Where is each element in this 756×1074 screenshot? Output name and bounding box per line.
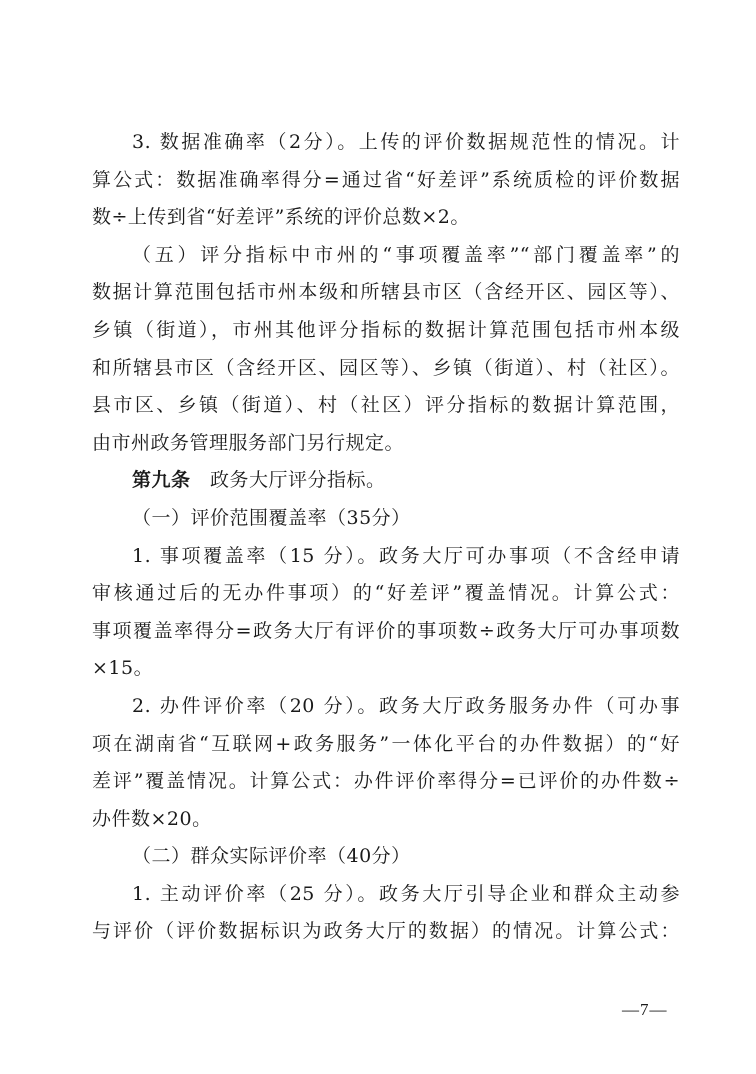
paragraph-line: 乡镇（街道），市州其他评分指标的数据计算范围包括市州本级 — [92, 312, 680, 350]
paragraph-line: 项在湖南省“互联网+政务服务”一体化平台的办件数据）的“好 — [92, 726, 680, 764]
document-body: 3. 数据准确率（2分）。上传的评价数据规范性的情况。计 算公式：数据准确率得分… — [92, 124, 680, 951]
paragraph-line: 3. 数据准确率（2分）。上传的评价数据规范性的情况。计 — [92, 124, 680, 162]
paragraph-line: 与评价（评价数据标识为政务大厅的数据）的情况。计算公式： — [92, 913, 680, 951]
paragraph-line: 2. 办件评价率（20 分）。政务大厅政务服务办件（可办事 — [92, 688, 680, 726]
paragraph-line: 办件数×20。 — [92, 801, 680, 839]
paragraph-line: 由市州政务管理服务部门另行规定。 — [92, 425, 680, 463]
paragraph-line: 县市区、乡镇（街道）、村（社区）评分指标的数据计算范围， — [92, 387, 680, 425]
paragraph-line: ×15。 — [92, 650, 680, 688]
page-number: —7— — [622, 1000, 668, 1020]
paragraph-line: 算公式：数据准确率得分=通过省“好差评”系统质检的评价数据 — [92, 162, 680, 200]
article-number: 第九条 — [132, 469, 191, 491]
article-title: 政务大厅评分指标。 — [191, 469, 386, 491]
paragraph-line: 1. 事项覆盖率（15 分）。政务大厅可办事项（不含经申请 — [92, 538, 680, 576]
section-heading: （一）评价范围覆盖率（35分） — [92, 500, 680, 538]
paragraph-line: 和所辖县市区（含经开区、园区等）、乡镇（街道）、村（社区）。 — [92, 350, 680, 388]
paragraph-line: （五）评分指标中市州的“事项覆盖率”“部门覆盖率”的 — [92, 237, 680, 275]
paragraph-line: 数÷上传到省“好差评”系统的评价总数×2。 — [92, 199, 680, 237]
paragraph-line: 审核通过后的无办件事项）的“好差评”覆盖情况。计算公式： — [92, 575, 680, 613]
paragraph-line: 数据计算范围包括市州本级和所辖县市区（含经开区、园区等）、 — [92, 274, 680, 312]
paragraph-line: 1. 主动评价率（25 分）。政务大厅引导企业和群众主动参 — [92, 876, 680, 914]
paragraph-line: 事项覆盖率得分=政务大厅有评价的事项数÷政务大厅可办事项数 — [92, 613, 680, 651]
paragraph-line: 差评”覆盖情况。计算公式：办件评价率得分=已评价的办件数÷ — [92, 763, 680, 801]
section-heading: （二）群众实际评价率（40分） — [92, 838, 680, 876]
article-heading: 第九条 政务大厅评分指标。 — [92, 462, 680, 500]
